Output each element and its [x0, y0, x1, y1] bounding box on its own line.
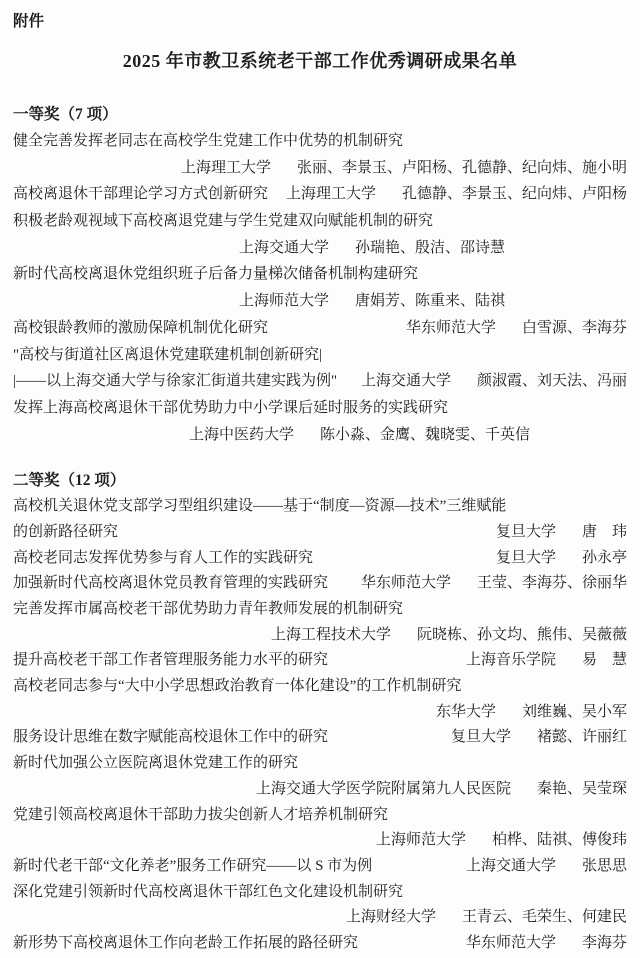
attribution: 上海理工大学孔德静、李景玉、纪向炜、卢阳杨: [286, 181, 627, 208]
org-name: 华东师范大学: [466, 931, 556, 957]
author-names: 王青云、毛荣生、何建民: [462, 905, 627, 931]
result-line: 上海交通大学孙瑞艳、殷洁、邵诗慧: [13, 235, 627, 262]
attribution: 上海音乐学院易 慧: [466, 648, 627, 674]
attribution: 上海师范大学唐娟芳、陈重来、陆祺: [239, 288, 505, 315]
result-title: 高校银龄教师的激励保障机制优化研究: [13, 315, 268, 342]
attribution: 华东师范大学王莹、李海芬、徐丽华: [361, 571, 627, 597]
author-names: 陈小淼、金鹰、魏晓雯、千英信: [320, 422, 530, 449]
org-name: 上海工程技术大学: [271, 623, 391, 649]
author-names: 王莹、李海芬、徐丽华: [477, 571, 627, 597]
author-names: 白雪源、李海芬: [522, 315, 627, 342]
result-title: 新时代老干部“文化养老”服务工作研究——以 S 市为例: [13, 854, 372, 880]
section-heading: 一等奖（7 项）: [13, 104, 627, 125]
result-line: 新时代老干部“文化养老”服务工作研究——以 S 市为例上海交通大学张思思: [13, 854, 627, 880]
result-line: 东华大学刘维巍、吴小军: [13, 700, 627, 726]
attribution: 上海师范大学柏桦、陆祺、傅俊玮: [376, 828, 627, 854]
attribution: 复旦大学唐 玮: [496, 520, 627, 546]
document-title: 2025 年市教卫系统老干部工作优秀调研成果名单: [13, 48, 627, 74]
result-line: 高校老同志发挥优势参与育人工作的实践研究复旦大学孙永亭: [13, 546, 627, 572]
attribution: 华东师范大学李海芬: [466, 931, 627, 957]
result-title: 高校机关退休党支部学习型组织建设——基于“制度—资源—技术”三维赋能: [13, 494, 506, 520]
author-names: 刘维巍、吴小军: [522, 700, 627, 726]
award-section: 二等奖（12 项）高校机关退休党支部学习型组织建设——基于“制度—资源—技术”三…: [13, 470, 627, 956]
author-names: 唐娟芳、陈重来、陆祺: [355, 288, 505, 315]
author-names: 李海芬: [582, 931, 627, 957]
result-line: 高校机关退休党支部学习型组织建设——基于“制度—资源—技术”三维赋能: [13, 494, 627, 520]
result-title: "高校与街道社区离退休党建联建机制创新研究|: [13, 342, 322, 369]
org-name: 上海交通大学: [239, 235, 329, 262]
org-name: 上海理工大学: [181, 155, 271, 182]
result-line: 党建引领高校离退休干部助力拔尖创新人才培养机制研究: [13, 803, 627, 829]
org-name: 上海交通大学医学院附属第九人民医院: [256, 777, 511, 803]
result-line: 新时代高校离退休党组织班子后备力量梯次储备机制构建研究: [13, 261, 627, 288]
result-line: 健全完善发挥老同志在高校学生党建工作中优势的机制研究: [13, 128, 627, 155]
result-title: 新时代加强公立医院离退休党建工作的研究: [13, 751, 298, 777]
result-line: 提升高校老干部工作者管理服务能力水平的研究上海音乐学院易 慧: [13, 648, 627, 674]
result-line: 的创新路径研究复旦大学唐 玮: [13, 520, 627, 546]
result-line: 上海财经大学王青云、毛荣生、何建民: [13, 905, 627, 931]
result-title: 健全完善发挥老同志在高校学生党建工作中优势的机制研究: [13, 128, 403, 155]
result-line: 上海理工大学张丽、李景玉、卢阳杨、孔德静、纪向炜、施小明: [13, 155, 627, 182]
author-names: 孔德静、李景玉、纪向炜、卢阳杨: [402, 181, 627, 208]
result-line: 新形势下高校离退休工作向老龄工作拓展的路径研究华东师范大学李海芬: [13, 931, 627, 957]
result-line: 新时代加强公立医院离退休党建工作的研究: [13, 751, 627, 777]
attribution: 上海中医药大学陈小淼、金鹰、魏晓雯、千英信: [189, 422, 530, 449]
result-line: 高校老同志参与“大中小学思想政治教育一体化建设”的工作机制研究: [13, 674, 627, 700]
author-names: 张丽、李景玉、卢阳杨、孔德静、纪向炜、施小明: [297, 155, 627, 182]
author-names: 阮晓栋、孙文均、熊伟、吴薇薇: [417, 623, 627, 649]
result-line: 发挥上海高校离退休干部优势助力中小学课后延时服务的实践研究: [13, 395, 627, 422]
result-line: "高校与街道社区离退休党建联建机制创新研究|: [13, 342, 627, 369]
result-line: 上海中医药大学陈小淼、金鹰、魏晓雯、千英信: [13, 422, 627, 449]
attribution: 上海交通大学孙瑞艳、殷洁、邵诗慧: [239, 235, 505, 262]
award-section: 一等奖（7 项）健全完善发挥老同志在高校学生党建工作中优势的机制研究上海理工大学…: [13, 104, 627, 448]
result-title: 高校老同志参与“大中小学思想政治教育一体化建设”的工作机制研究: [13, 674, 461, 700]
org-name: 复旦大学: [496, 520, 556, 546]
author-names: 颜淑霞、刘天法、冯丽: [477, 368, 627, 395]
org-name: 上海师范大学: [376, 828, 466, 854]
result-line: 加强新时代高校离退休党员教育管理的实践研究华东师范大学王莹、李海芬、徐丽华: [13, 571, 627, 597]
result-title: 发挥上海高校离退休干部优势助力中小学课后延时服务的实践研究: [13, 395, 448, 422]
result-title: 高校离退休干部理论学习方式创新研究: [13, 181, 268, 208]
org-name: 上海师范大学: [239, 288, 329, 315]
attribution: 上海交通大学颜淑霞、刘天法、冯丽: [361, 368, 627, 395]
result-line: |——以上海交通大学与徐家汇街道共建实践为例"上海交通大学颜淑霞、刘天法、冯丽: [13, 368, 627, 395]
attribution: 华东师范大学白雪源、李海芬: [406, 315, 627, 342]
attribution: 上海交通大学医学院附属第九人民医院秦艳、吴莹琛: [256, 777, 627, 803]
result-title: 积极老龄观视域下高校离退党建与学生党建双向赋能机制的研究: [13, 208, 433, 235]
org-name: 华东师范大学: [361, 571, 451, 597]
author-names: 易 慧: [582, 648, 627, 674]
result-line: 上海师范大学唐娟芳、陈重来、陆祺: [13, 288, 627, 315]
attachment-label: 附件: [13, 12, 627, 32]
result-line: 上海师范大学柏桦、陆祺、傅俊玮: [13, 828, 627, 854]
result-title: 服务设计思维在数字赋能高校退休工作中的研究: [13, 725, 328, 751]
result-title: 的创新路径研究: [13, 520, 118, 546]
author-names: 张思思: [582, 854, 627, 880]
org-name: 上海中医药大学: [189, 422, 294, 449]
org-name: 上海理工大学: [286, 181, 376, 208]
result-title: 党建引领高校离退休干部助力拔尖创新人才培养机制研究: [13, 803, 388, 829]
section-lines: 高校机关退休党支部学习型组织建设——基于“制度—资源—技术”三维赋能的创新路径研…: [13, 494, 627, 956]
org-name: 上海交通大学: [361, 368, 451, 395]
section-heading: 二等奖（12 项）: [13, 470, 627, 491]
attribution: 复旦大学褚懿、许丽红: [451, 725, 627, 751]
result-title: 新形势下高校离退休工作向老龄工作拓展的路径研究: [13, 931, 358, 957]
result-title: 新时代高校离退休党组织班子后备力量梯次储备机制构建研究: [13, 261, 418, 288]
attribution: 上海交通大学张思思: [466, 854, 627, 880]
attribution: 上海工程技术大学阮晓栋、孙文均、熊伟、吴薇薇: [271, 623, 627, 649]
org-name: 东华大学: [436, 700, 496, 726]
sections: 一等奖（7 项）健全完善发挥老同志在高校学生党建工作中优势的机制研究上海理工大学…: [13, 104, 627, 957]
result-line: 高校银龄教师的激励保障机制优化研究华东师范大学白雪源、李海芬: [13, 315, 627, 342]
result-line: 上海工程技术大学阮晓栋、孙文均、熊伟、吴薇薇: [13, 623, 627, 649]
result-line: 服务设计思维在数字赋能高校退休工作中的研究复旦大学褚懿、许丽红: [13, 725, 627, 751]
result-line: 高校离退休干部理论学习方式创新研究上海理工大学孔德静、李景玉、纪向炜、卢阳杨: [13, 181, 627, 208]
result-line: 完善发挥市属高校老干部优势助力青年教师发展的机制研究: [13, 597, 627, 623]
org-name: 上海交通大学: [466, 854, 556, 880]
attribution: 复旦大学孙永亭: [496, 546, 627, 572]
result-title: 完善发挥市属高校老干部优势助力青年教师发展的机制研究: [13, 597, 403, 623]
result-line: 深化党建引领新时代高校离退休干部红色文化建设机制研究: [13, 880, 627, 906]
result-title: |——以上海交通大学与徐家汇街道共建实践为例": [13, 368, 337, 395]
author-names: 唐 玮: [582, 520, 627, 546]
author-names: 孙瑞艳、殷洁、邵诗慧: [355, 235, 505, 262]
org-name: 上海音乐学院: [466, 648, 556, 674]
result-line: 积极老龄观视域下高校离退党建与学生党建双向赋能机制的研究: [13, 208, 627, 235]
author-names: 褚懿、许丽红: [537, 725, 627, 751]
author-names: 秦艳、吴莹琛: [537, 777, 627, 803]
author-names: 孙永亭: [582, 546, 627, 572]
attribution: 上海理工大学张丽、李景玉、卢阳杨、孔德静、纪向炜、施小明: [181, 155, 627, 182]
attribution: 上海财经大学王青云、毛荣生、何建民: [346, 905, 627, 931]
result-title: 深化党建引领新时代高校离退休干部红色文化建设机制研究: [13, 880, 403, 906]
result-line: 上海交通大学医学院附属第九人民医院秦艳、吴莹琛: [13, 777, 627, 803]
section-lines: 健全完善发挥老同志在高校学生党建工作中优势的机制研究上海理工大学张丽、李景玉、卢…: [13, 128, 627, 448]
attribution: 东华大学刘维巍、吴小军: [436, 700, 627, 726]
org-name: 上海财经大学: [346, 905, 436, 931]
org-name: 华东师范大学: [406, 315, 496, 342]
result-title: 提升高校老干部工作者管理服务能力水平的研究: [13, 648, 328, 674]
result-title: 加强新时代高校离退休党员教育管理的实践研究: [13, 571, 328, 597]
result-title: 高校老同志发挥优势参与育人工作的实践研究: [13, 546, 313, 572]
org-name: 复旦大学: [451, 725, 511, 751]
author-names: 柏桦、陆祺、傅俊玮: [492, 828, 627, 854]
org-name: 复旦大学: [496, 546, 556, 572]
